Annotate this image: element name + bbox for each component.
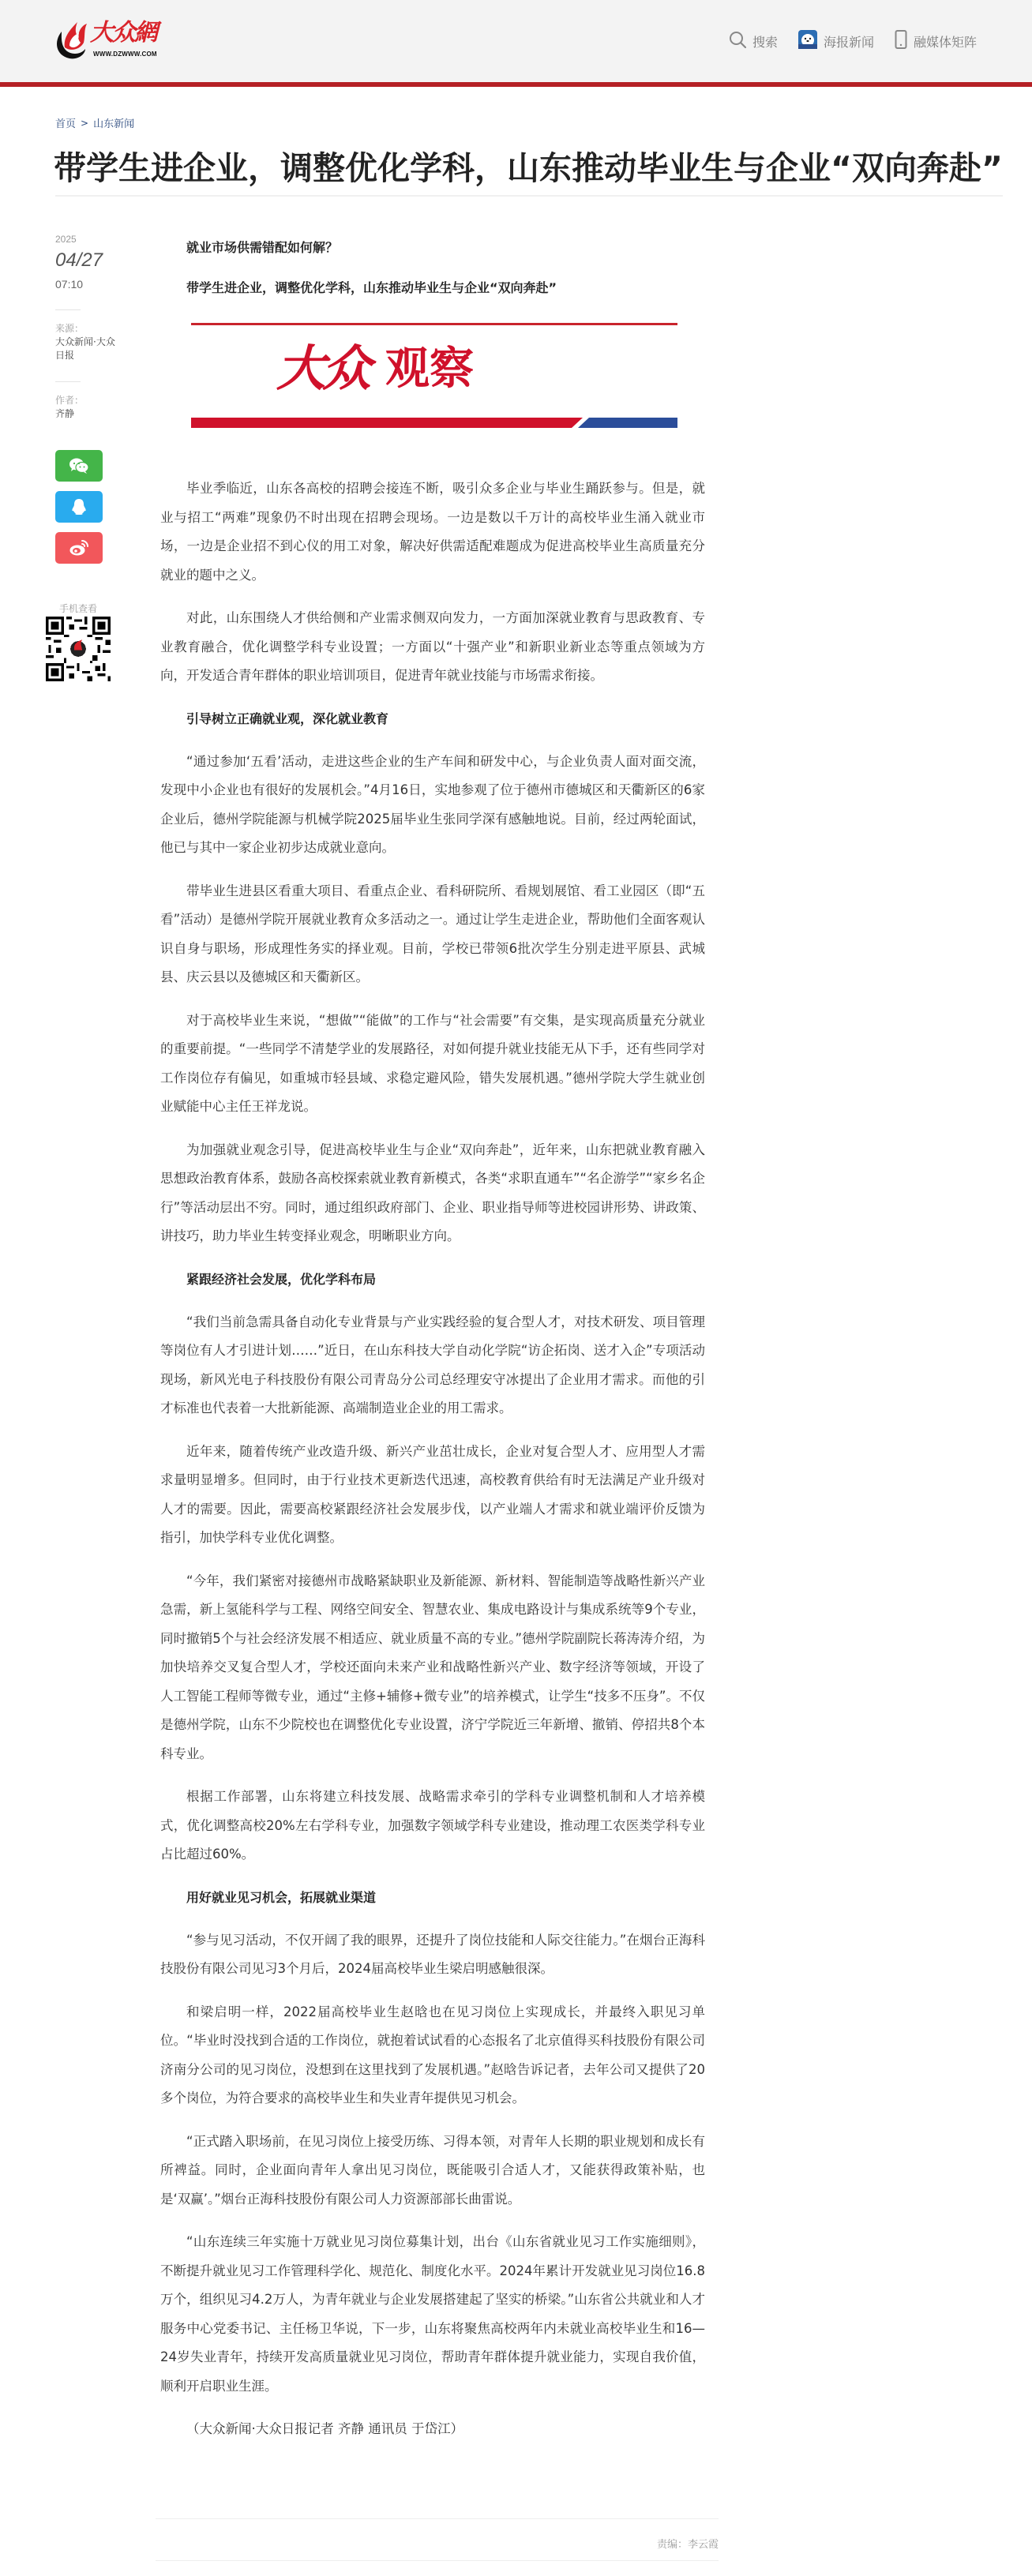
title-divider [55, 195, 1003, 197]
article-byline: （大众新闻·大众日报记者 齐静 通讯员 于岱江） [160, 2415, 705, 2443]
nav-media-matrix-label: 融媒体矩阵 [914, 32, 977, 51]
haibao-app-icon [798, 30, 817, 52]
header-accent-bar [0, 82, 1032, 87]
article-paragraph: “通过参加‘五看’活动，走进这些企业的生产车间和研发中心，与企业负责人面对面交流… [160, 748, 705, 863]
nav-media-matrix[interactable]: 融媒体矩阵 [895, 30, 977, 52]
article-paragraph: 对于高校毕业生来说，“想做”“能做”的工作与“社会需要”有交集，是实现高质量充分… [160, 1007, 705, 1122]
footer-divider [156, 2518, 719, 2519]
source-label: 来源： [55, 321, 118, 336]
article-paragraph: “我们当前急需具备自动化专业背景与产业实践经验的复合型人才，对技术研发、项目管理… [160, 1308, 705, 1423]
section-heading: 紧跟经济社会发展，优化学科布局 [160, 1266, 705, 1294]
meta-divider [55, 381, 81, 382]
footer-divider [156, 2560, 719, 2561]
breadcrumb-separator: > [81, 118, 88, 129]
article-paragraph: “今年，我们紧密对接德州市战略紧缺职业及新能源、新材料、智能制造等战略性新兴产业… [160, 1567, 705, 1769]
logo-text: 大众網 [90, 19, 156, 47]
publish-year: 2025 [55, 234, 118, 245]
source-value: 大众新闻·大众日报 [55, 336, 118, 362]
article-paragraph: 对此，山东围绕人才供给侧和产业需求侧双向发力，一方面加深就业教育与思政教育、专业… [160, 604, 705, 691]
section-heading: 引导树立正确就业观，深化就业教育 [160, 705, 705, 733]
article-paragraph: 根据工作部署，山东将建立科技发展、战略需求牵引的学科专业调整机制和人才培养模式，… [160, 1783, 705, 1869]
article-paragraph: “正式踏入职场前，在见习岗位上接受历练、习得本领，对青年人长期的职业规划和成长有… [160, 2128, 705, 2214]
banner-top-line [191, 323, 677, 325]
share-buttons [55, 450, 103, 573]
search-icon [729, 31, 746, 51]
header-nav: 搜索 海报新闻 融媒体矩阵 [729, 30, 977, 52]
dazhong-observation-banner: 大众 观察 [191, 323, 677, 433]
nav-haibao-label: 海报新闻 [824, 32, 874, 51]
breadcrumb-section[interactable]: 山东新闻 [93, 115, 134, 130]
share-weibo-button[interactable] [55, 532, 103, 564]
article-paragraph: 毕业季临近，山东各高校的招聘会接连不断，吸引众多企业与毕业生踊跃参与。但是，就业… [160, 474, 705, 590]
breadcrumb: 首页 > 山东新闻 [55, 115, 134, 130]
publish-time: 07:10 [55, 278, 118, 291]
mobile-qr: 手机查看 [46, 602, 111, 684]
article-meta: 2025 04/27 07:10 来源： 大众新闻·大众日报 作者： 齐静 [55, 234, 118, 421]
share-qq-button[interactable] [55, 491, 103, 523]
wechat-icon [69, 457, 89, 474]
page-title: 带学生进企业，调整优化学科，山东推动毕业生与企业“双向奔赴” [54, 142, 1001, 189]
site-header: WWW.DZWWW.COM 大众網 搜索 海报新闻 融媒体矩阵 [0, 0, 1032, 82]
nav-search-label: 搜索 [752, 32, 778, 51]
logo-url-text: WWW.DZWWW.COM [93, 51, 157, 58]
weibo-icon [69, 539, 89, 557]
responsible-editor: 责编：李云霞 [657, 2536, 719, 2551]
banner-bottom-bar [191, 418, 677, 428]
qr-label: 手机查看 [46, 602, 111, 615]
site-logo[interactable]: WWW.DZWWW.COM 大众網 [54, 17, 172, 65]
mobile-icon [895, 30, 907, 52]
article-body: 就业市场供需错配如何解？ 带学生进企业，调整优化学科，山东推动毕业生与企业“双向… [160, 238, 705, 2443]
qq-icon [71, 498, 87, 516]
article-paragraph: 和梁启明一样，2022届高校毕业生赵晗也在见习岗位上实现成长，并最终入职见习单位… [160, 1998, 705, 2113]
article-paragraph: 近年来，随着传统产业改造升级、新兴产业茁壮成长，企业对复合型人才、应用型人才需求… [160, 1438, 705, 1553]
lead-question: 就业市场供需错配如何解？ [160, 238, 705, 257]
publish-date: 04/27 [55, 249, 118, 272]
author-label: 作者： [55, 393, 118, 407]
meta-divider [55, 309, 81, 310]
nav-search[interactable]: 搜索 [729, 31, 778, 51]
author-value: 齐静 [55, 407, 118, 421]
banner-script-text: 大众 [276, 337, 368, 400]
banner-text: 观察 [385, 342, 474, 397]
share-wechat-button[interactable] [55, 450, 103, 482]
article-paragraph: 为加强就业观念引导，促进高校毕业生与企业“双向奔赴”，近年来，山东把就业教育融入… [160, 1136, 705, 1251]
article-paragraph: 带毕业生进县区看重大项目、看重点企业、看科研院所、看规划展馆、看工业园区（即“五… [160, 877, 705, 992]
article-paragraph: “山东连续三年实施十万就业见习岗位募集计划，出台《山东省就业见习工作实施细则》，… [160, 2228, 705, 2401]
nav-haibao-news[interactable]: 海报新闻 [798, 30, 874, 52]
qr-code-icon [46, 617, 111, 681]
section-heading: 用好就业见习机会，拓展就业渠道 [160, 1884, 705, 1912]
breadcrumb-home[interactable]: 首页 [55, 115, 76, 130]
lead-title: 带学生进企业，调整优化学科，山东推动毕业生与企业“双向奔赴” [160, 279, 705, 298]
article-paragraph: “参与见习活动，不仅开阔了我的眼界，还提升了岗位技能和人际交往能力。”在烟台正海… [160, 1926, 705, 1984]
